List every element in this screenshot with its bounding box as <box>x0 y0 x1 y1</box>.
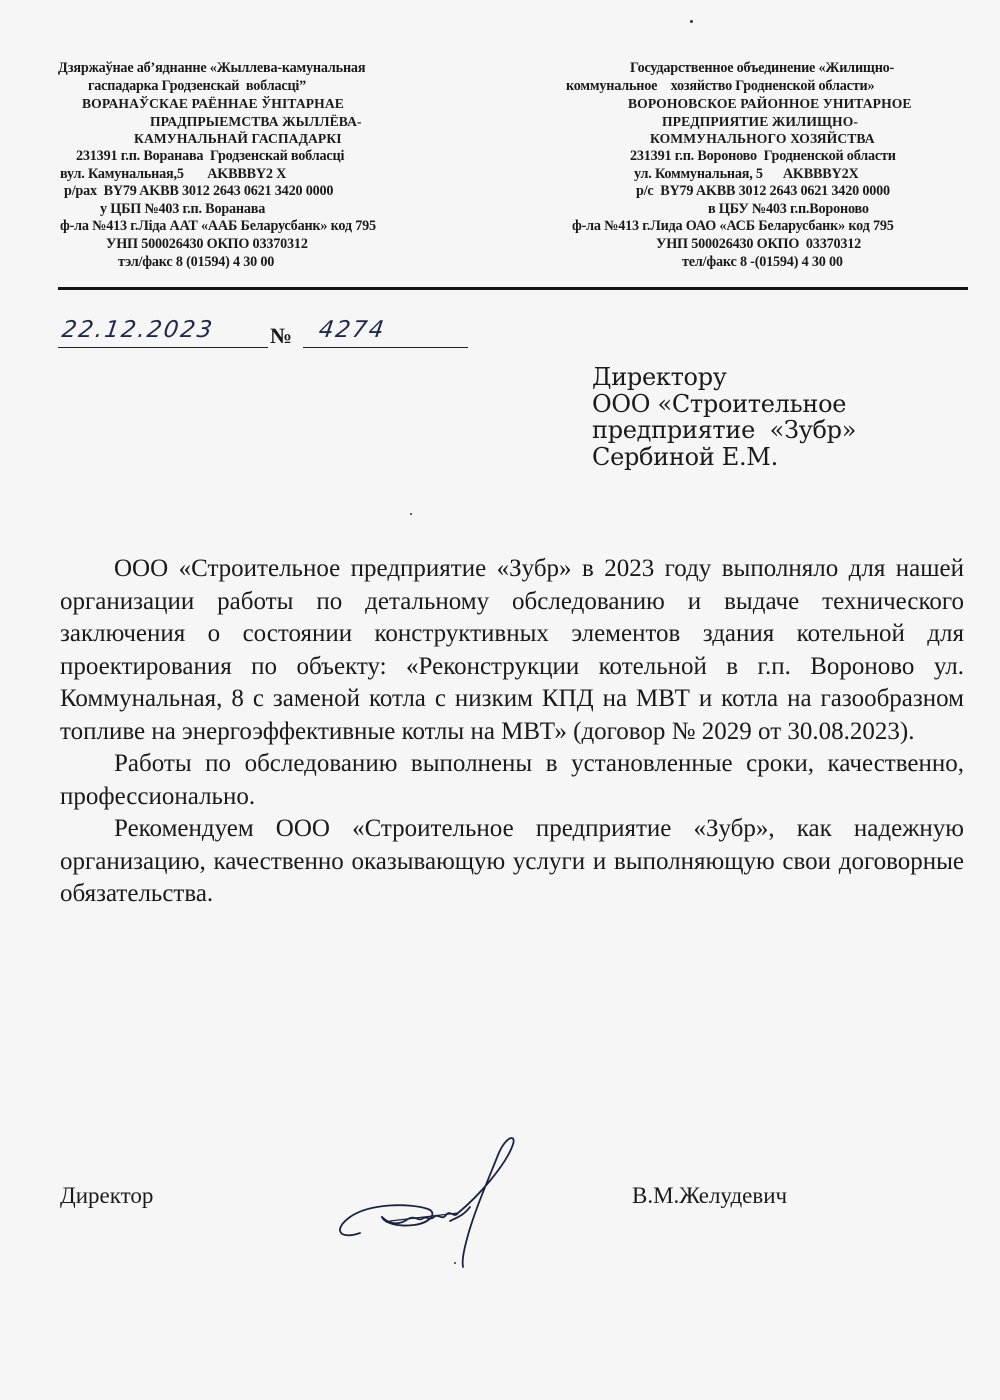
letterhead-line: Государственное объединение «Жилищно- <box>566 60 976 78</box>
scan-speck <box>690 20 693 23</box>
date-field: 22.12.2023 <box>58 315 268 348</box>
handwritten-number: 4274 <box>317 317 387 343</box>
number-field: 4274 <box>303 315 468 348</box>
letterhead-account: р/рах BY79 AKBB 3012 2643 0621 3420 0000 <box>58 183 458 201</box>
letterhead-account: р/с BY79 AKBB 3012 2643 0621 3420 0000 <box>566 183 976 201</box>
letterhead-line: коммунальное хозяйство Гродненской облас… <box>566 78 976 96</box>
addressee-line: Директору <box>592 364 856 391</box>
letterhead-phone: тэл/факс 8 (01594) 4 30 00 <box>58 254 458 272</box>
letterhead-belarusian: Дзяржаўнае аб’яднанне «Жыллева-камунальн… <box>58 60 458 271</box>
letterhead-bank: ф-ла №413 г.Лида ОАО «АСБ Беларусбанк» к… <box>566 218 976 236</box>
handwritten-date: 22.12.2023 <box>60 317 215 343</box>
signatory-position: Директор <box>60 1183 153 1209</box>
handwritten-signature-icon <box>330 1135 530 1270</box>
letterhead-line: гаспадарка Гродзенскай вобласці” <box>58 78 458 96</box>
scan-speck <box>410 513 412 515</box>
letterhead-street: вул. Камунальная,5 AKBBBY2 X <box>58 166 458 184</box>
letterhead-address: 231391 г.п. Воранава Гродзенскай вобласц… <box>58 148 458 166</box>
letter-page: Дзяржаўнае аб’яднанне «Жыллева-камунальн… <box>0 0 1000 1400</box>
letterhead-org-name: ПРАДПРЫЕМСТВА ЖЫЛЛЁВА- <box>58 113 458 131</box>
addressee-line: Сербиной Е.М. <box>592 444 856 471</box>
letterhead-line: Дзяржаўнае аб’яднанне «Жыллева-камунальн… <box>58 60 458 78</box>
header-divider <box>58 287 968 290</box>
signatory-name: В.М.Желудевич <box>632 1183 787 1209</box>
letterhead-tax-ids: УНП 500026430 ОКПО 03370312 <box>566 236 976 254</box>
letterhead-org-name: ПРЕДПРИЯТИЕ ЖИЛИЩНО- <box>566 113 976 131</box>
body-paragraph: Рекомендуем ООО «Строительное предприяти… <box>60 813 964 911</box>
letterhead-org-name: ВОРОНОВСКОЕ РАЙОННОЕ УНИТАРНОЕ <box>566 95 976 113</box>
letterhead-bank: ф-ла №413 г.Ліда ААТ «ААБ Беларусбанк» к… <box>58 218 458 236</box>
addressee-line: предприятие «Зубр» <box>592 417 856 444</box>
letterhead-street: ул. Коммунальная, 5 AKBBBY2X <box>566 166 976 184</box>
number-sign: № <box>270 323 292 349</box>
letterhead-tax-ids: УНП 500026430 ОКПО 03370312 <box>58 236 458 254</box>
letterhead-phone: тел/факс 8 -(01594) 4 30 00 <box>566 254 976 272</box>
body-paragraph: ООО «Строительное предприятие «Зубр» в 2… <box>60 553 964 748</box>
letterhead-address: 231391 г.п. Вороново Гродненской области <box>566 148 976 166</box>
letterhead-org-name: ВОРАНАЎСКАЕ РАЁННАЕ ЎНІТАРНАЕ <box>58 95 458 113</box>
letter-body: ООО «Строительное предприятие «Зубр» в 2… <box>60 553 964 911</box>
letterhead-org-name: КОММУНАЛЬНОГО ХОЗЯЙСТВА <box>566 130 976 148</box>
letterhead-bank-branch: у ЦБП №403 г.п. Воранава <box>58 201 458 219</box>
scan-speck <box>454 1262 456 1264</box>
body-paragraph: Работы по обследованию выполнены в устан… <box>60 748 964 813</box>
addressee-block: Директору ООО «Строительное предприятие … <box>592 364 856 470</box>
addressee-line: ООО «Строительное <box>592 391 856 418</box>
letterhead-russian: Государственное объединение «Жилищно- ко… <box>566 60 976 271</box>
letterhead-bank-branch: в ЦБУ №403 г.п.Вороново <box>566 201 976 219</box>
letterhead-org-name: КАМУНАЛЬНАЙ ГАСПАДАРКІ <box>58 130 458 148</box>
